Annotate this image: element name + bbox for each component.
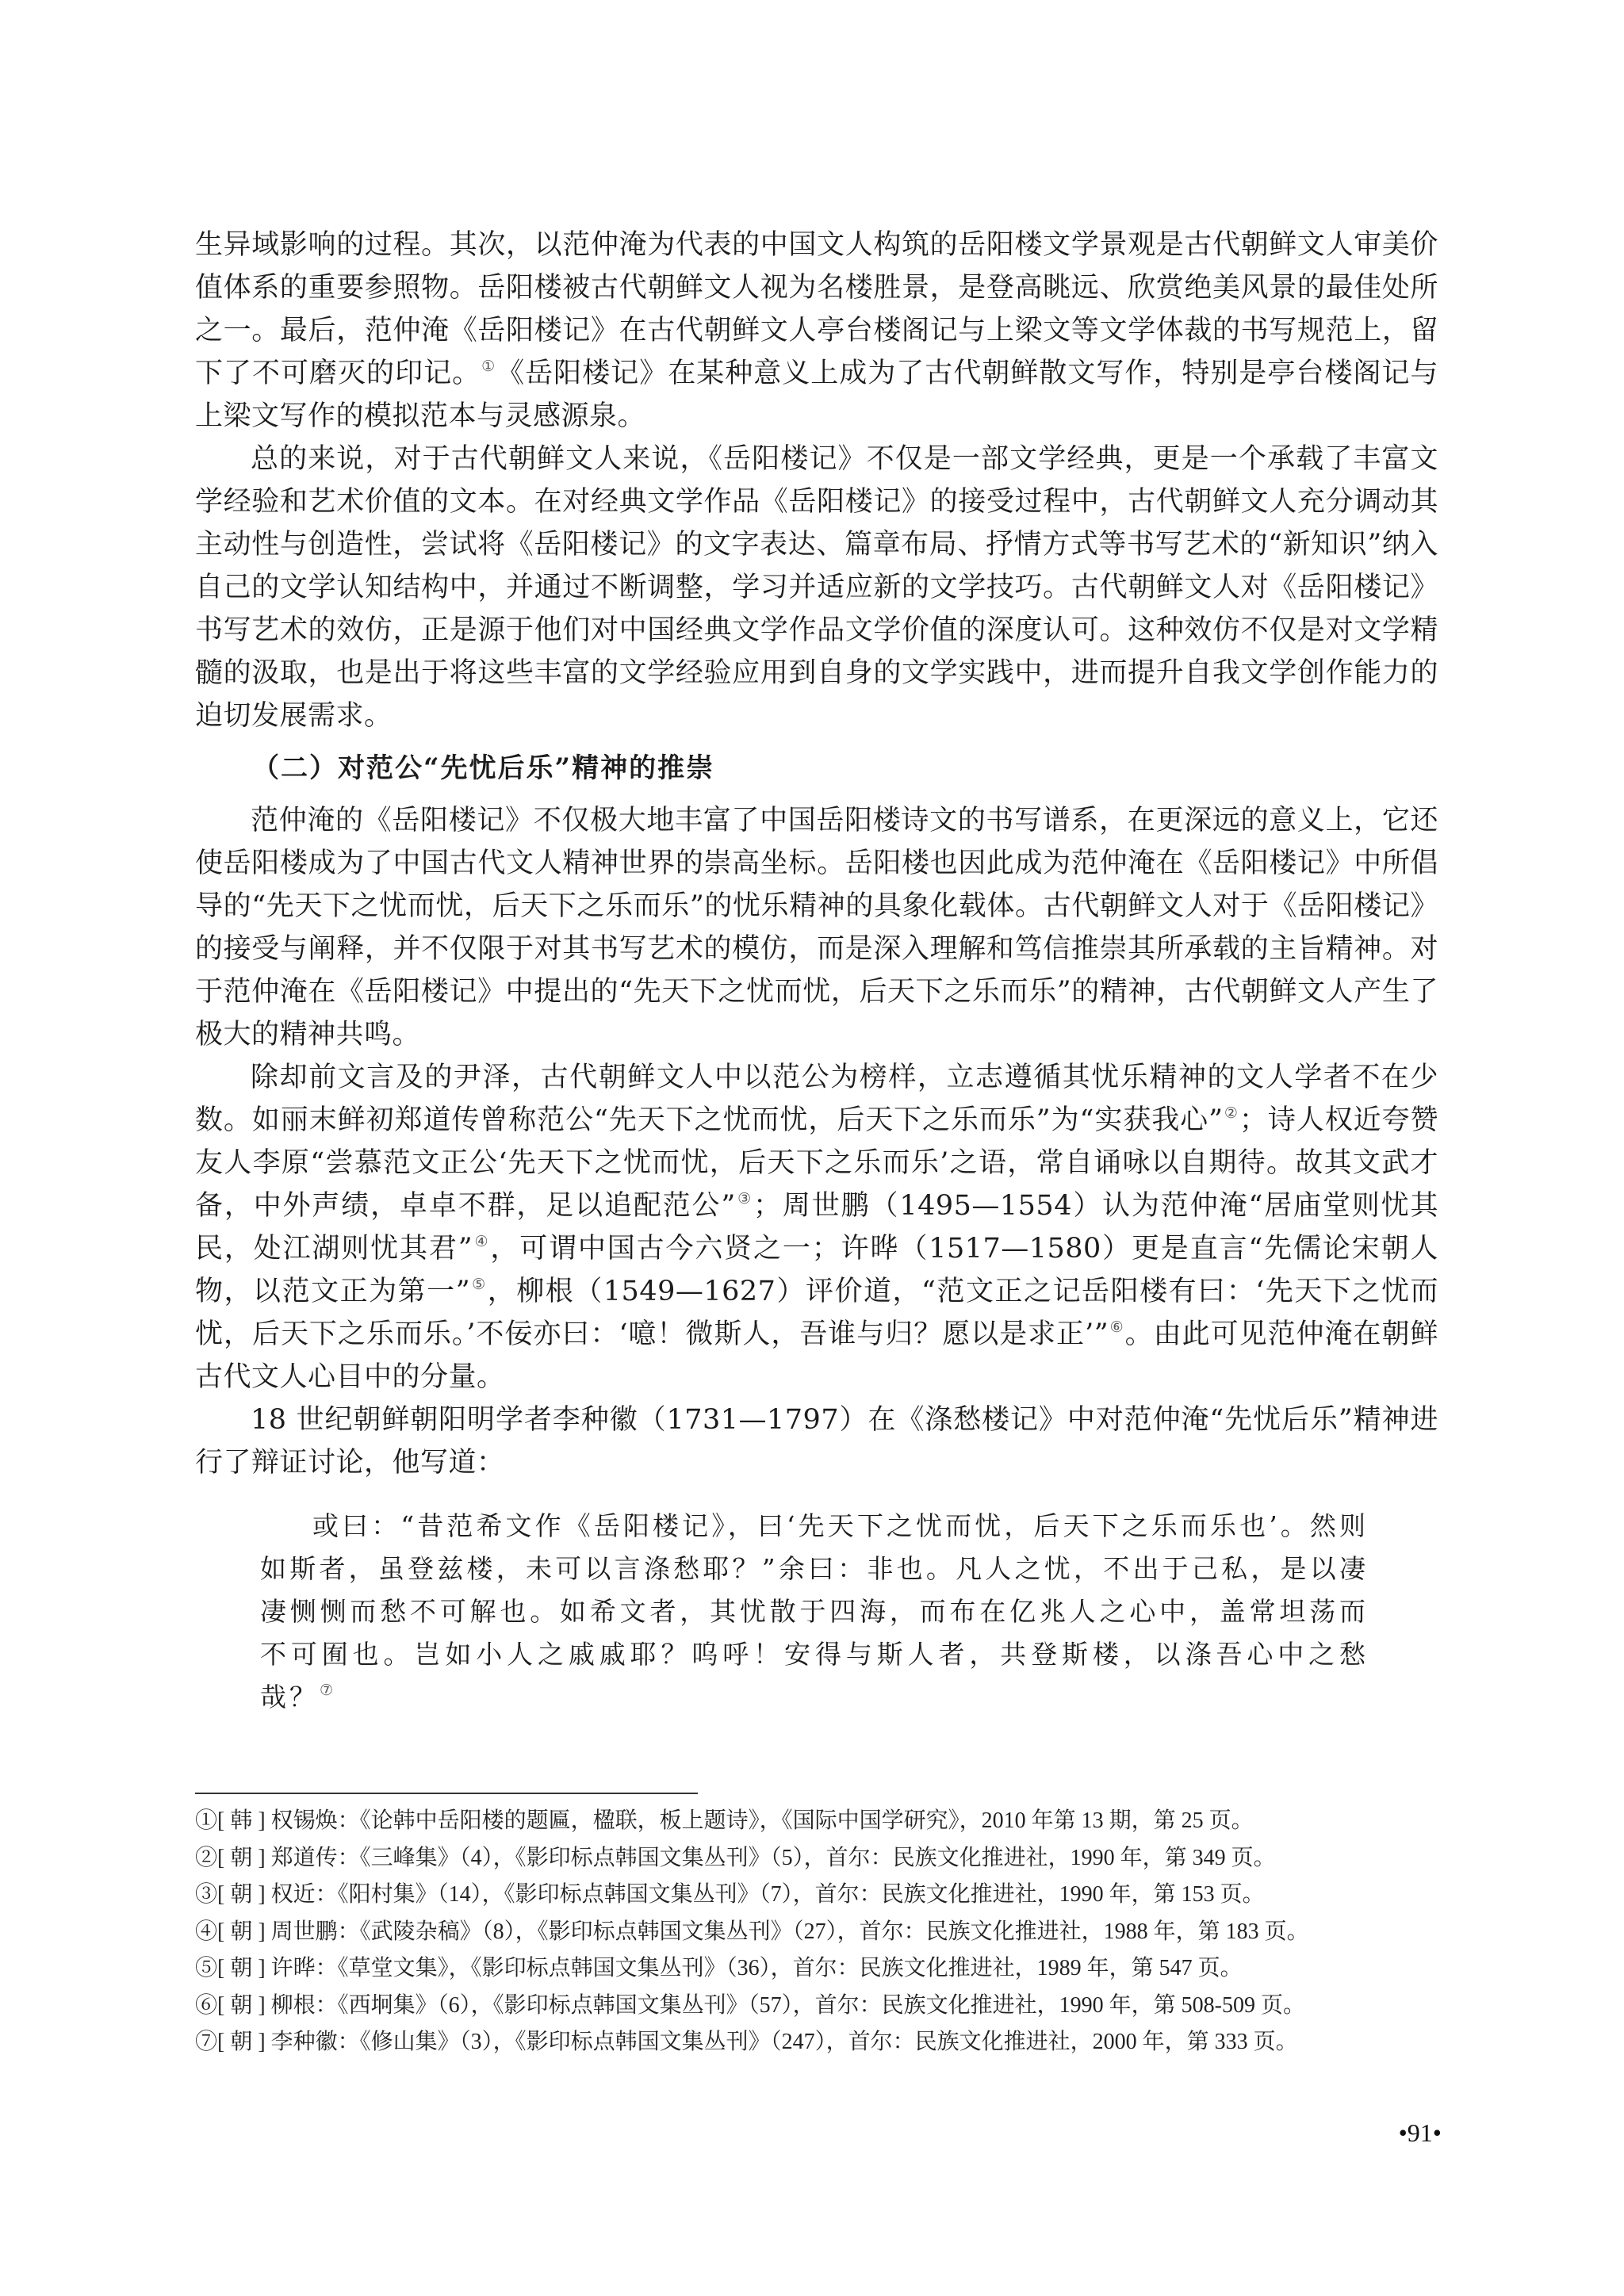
footnote-ref-1[interactable]: ① [481, 358, 496, 375]
footnote-3: ③[ 朝 ] 权近：《阳村集》（14），《影印标点韩国文集丛刊》（7），首尔：民… [195, 1877, 1440, 1914]
footnote-ref-4[interactable]: ④ [473, 1233, 489, 1250]
footnote-ref-6[interactable]: ⑥ [1109, 1318, 1124, 1336]
footnotes: ①[ 韩 ] 权锡焕：《论韩中岳阳楼的题匾，楹联，板上题诗》，《国际中国学研究》… [195, 1803, 1440, 2061]
footnote-ref-2[interactable]: ② [1224, 1104, 1239, 1122]
quote-body: 或曰：“昔范希文作《岳阳楼记》，曰‘先天下之忧而忧，后天下之乐而乐也’。然则如斯… [260, 1510, 1369, 1712]
paragraph-continuation: 生异域影响的过程。其次，以范仲淹为代表的中国文人构筑的岳阳楼文学景观是古代朝鲜文… [195, 224, 1438, 438]
paragraph-korean-scholars: 除却前文言及的尹泽，古代朝鲜文人中以范公为榜样，立志遵循其忧乐精神的文人学者不在… [195, 1056, 1438, 1399]
footnote-separator [195, 1793, 698, 1794]
paragraph-summary: 总的来说，对于古代朝鲜文人来说，《岳阳楼记》不仅是一部文学经典，更是一个承载了丰… [195, 438, 1438, 737]
footnote-7: ⑦[ 朝 ] 李种徽：《修山集》（3），《影印标点韩国文集丛刊》（247），首尔… [195, 2024, 1440, 2061]
document-page: 生异域影响的过程。其次，以范仲淹为代表的中国文人构筑的岳阳楼文学景观是古代朝鲜文… [0, 0, 1624, 2296]
footnote-ref-3[interactable]: ③ [737, 1190, 753, 1207]
footnote-6: ⑥[ 朝 ] 柳根：《西坰集》（6），《影印标点韩国文集丛刊》（57），首尔：民… [195, 1988, 1440, 2025]
footnote-ref-5[interactable]: ⑤ [471, 1276, 487, 1293]
body-text: 生异域影响的过程。其次，以范仲淹为代表的中国文人构筑的岳阳楼文学景观是古代朝鲜文… [195, 224, 1438, 1719]
page-number: •91• [1399, 2118, 1442, 2148]
quote-text: 或曰：“昔范希文作《岳阳楼记》，曰‘先天下之忧而忧，后天下之乐而乐也’。然则如斯… [260, 1505, 1369, 1719]
paragraph-fan-zhongyan: 范仲淹的《岳阳楼记》不仅极大地丰富了中国岳阳楼诗文的书写谱系，在更深远的意义上，… [195, 799, 1438, 1056]
block-quote: 或曰：“昔范希文作《岳阳楼记》，曰‘先天下之忧而忧，后天下之乐而乐也’。然则如斯… [195, 1505, 1438, 1719]
footnote-4: ④[ 朝 ] 周世鹏：《武陵杂稿》（8），《影印标点韩国文集丛刊》（27），首尔… [195, 1914, 1440, 1951]
footnote-2: ②[ 朝 ] 郑道传：《三峰集》（4），《影印标点韩国文集丛刊》（5），首尔：民… [195, 1840, 1440, 1877]
section-heading: （二）对范公“先忧后乐”精神的推崇 [195, 737, 1438, 799]
footnote-5: ⑤[ 朝 ] 许晔：《草堂文集》，《影印标点韩国文集丛刊》（36），首尔：民族文… [195, 1950, 1440, 1988]
paragraph-18th-century: 18 世纪朝鲜朝阳明学者李种徽（1731—1797）在《涤愁楼记》中对范仲淹“先… [195, 1399, 1438, 1484]
footnote-1: ①[ 韩 ] 权锡焕：《论韩中岳阳楼的题匾，楹联，板上题诗》，《国际中国学研究》… [195, 1803, 1440, 1840]
footnote-ref-7[interactable]: ⑦ [320, 1682, 336, 1699]
